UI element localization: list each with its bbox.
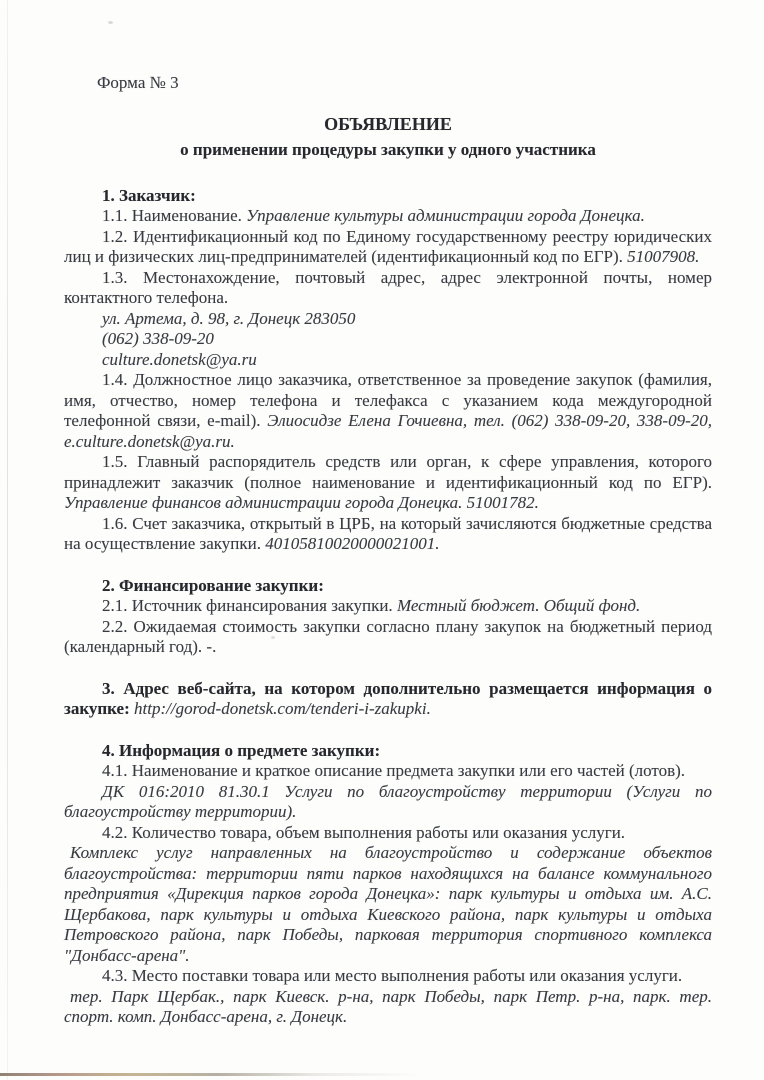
clause-1-5-value: Управление финансов администрации города… xyxy=(64,493,539,512)
clause-4-3-value: тер. Парк Щербак., парк Киевск. р-на, па… xyxy=(64,987,712,1028)
clause-1-2: 1.2. Идентификационный код по Единому го… xyxy=(64,227,712,268)
scan-speck xyxy=(108,21,113,24)
clause-1-3-email: culture.donetsk@ya.ru xyxy=(64,350,712,371)
section-4-subject: 4. Информация о предмете закупки: 4.1. Н… xyxy=(64,741,712,1028)
clause-1-6: 1.6. Счет заказчика, открытый в ЦРБ, на … xyxy=(64,514,712,555)
section-4-heading: 4. Информация о предмете закупки: xyxy=(64,741,712,762)
clause-1-3: 1.3. Местонахождение, почтовый адрес, ад… xyxy=(64,268,712,309)
clause-4-3: 4.3. Место поставки товара или место вып… xyxy=(64,966,712,987)
clause-4-2-label: 4.2. Количество товара, объем выполнения… xyxy=(102,823,625,842)
document-title: ОБЪЯВЛЕНИЕ xyxy=(64,111,712,137)
clause-1-1-value: Управление культуры администрации города… xyxy=(246,206,645,225)
section-2-financing: 2. Финансирование закупки: 2.1. Источник… xyxy=(64,576,712,658)
scan-edge-line xyxy=(7,0,8,1080)
clause-4-2: 4.2. Количество товара, объем выполнения… xyxy=(64,823,712,844)
form-number-label: Форма № 3 xyxy=(97,73,712,94)
clause-1-3-label: 1.3. Местонахождение, почтовый адрес, ад… xyxy=(64,268,712,308)
clause-2-1: 2.1. Источник финансирования закупки. Ме… xyxy=(64,596,712,617)
section-1-heading: 1. Заказчик: xyxy=(64,186,712,207)
clause-4-2-value: Комплекс услуг направленных на благоустр… xyxy=(64,843,712,966)
clause-1-3-address: ул. Артема, д. 98, г. Донецк 283050 xyxy=(64,309,712,330)
scanned-document-page: Форма № 3 ОБЪЯВЛЕНИЕ о применении процед… xyxy=(0,0,764,1080)
section-1-customer: 1. Заказчик: 1.1. Наименование. Управлен… xyxy=(64,186,712,555)
clause-1-6-value: 40105810020000021001. xyxy=(265,534,439,553)
clause-4-3-label: 4.3. Место поставки товара или место вып… xyxy=(102,966,682,985)
clause-1-1: 1.1. Наименование. Управление культуры а… xyxy=(64,206,712,227)
clause-1-5-label: 1.5. Главный распорядитель средств или о… xyxy=(64,452,712,492)
clause-1-2-label: 1.2. Идентификационный код по Единому го… xyxy=(64,227,712,267)
clause-4-1: 4.1. Наименование и краткое описание пре… xyxy=(64,761,712,782)
clause-1-3-phone: (062) 338-09-20 xyxy=(64,329,712,350)
clause-1-1-label: 1.1. Наименование. xyxy=(102,206,246,225)
clause-1-5: 1.5. Главный распорядитель средств или о… xyxy=(64,452,712,514)
section-3-website: 3. Адрес веб-сайта, на котором дополните… xyxy=(64,679,712,720)
scan-bottom-artifact xyxy=(0,1073,420,1076)
clause-4-1-value: ДК 016:2010 81.30.1 Услуги по благоустро… xyxy=(64,782,712,823)
clause-2-2: 2.2. Ожидаемая стоимость закупки согласн… xyxy=(64,617,712,658)
clause-2-1-value: Местный бюджет. Общий фонд. xyxy=(397,596,640,615)
clause-3: 3. Адрес веб-сайта, на котором дополните… xyxy=(64,679,712,720)
document-subtitle: о применении процедуры закупки у одного … xyxy=(64,137,712,163)
clause-1-2-value: 51007908. xyxy=(627,247,699,266)
clause-2-2-label: 2.2. Ожидаемая стоимость закупки согласн… xyxy=(64,617,712,657)
clause-2-1-label: 2.1. Источник финансирования закупки. xyxy=(102,596,397,615)
clause-2-2-value: -. xyxy=(206,637,216,656)
clause-1-4: 1.4. Должностное лицо заказчика, ответст… xyxy=(64,370,712,452)
section-2-heading: 2. Финансирование закупки: xyxy=(64,576,712,597)
section-3-url: http://gorod-donetsk.com/tenderi-i-zakup… xyxy=(134,699,431,718)
clause-4-1-label: 4.1. Наименование и краткое описание пре… xyxy=(102,761,685,780)
document-content: Форма № 3 ОБЪЯВЛЕНИЕ о применении процед… xyxy=(64,73,712,1028)
